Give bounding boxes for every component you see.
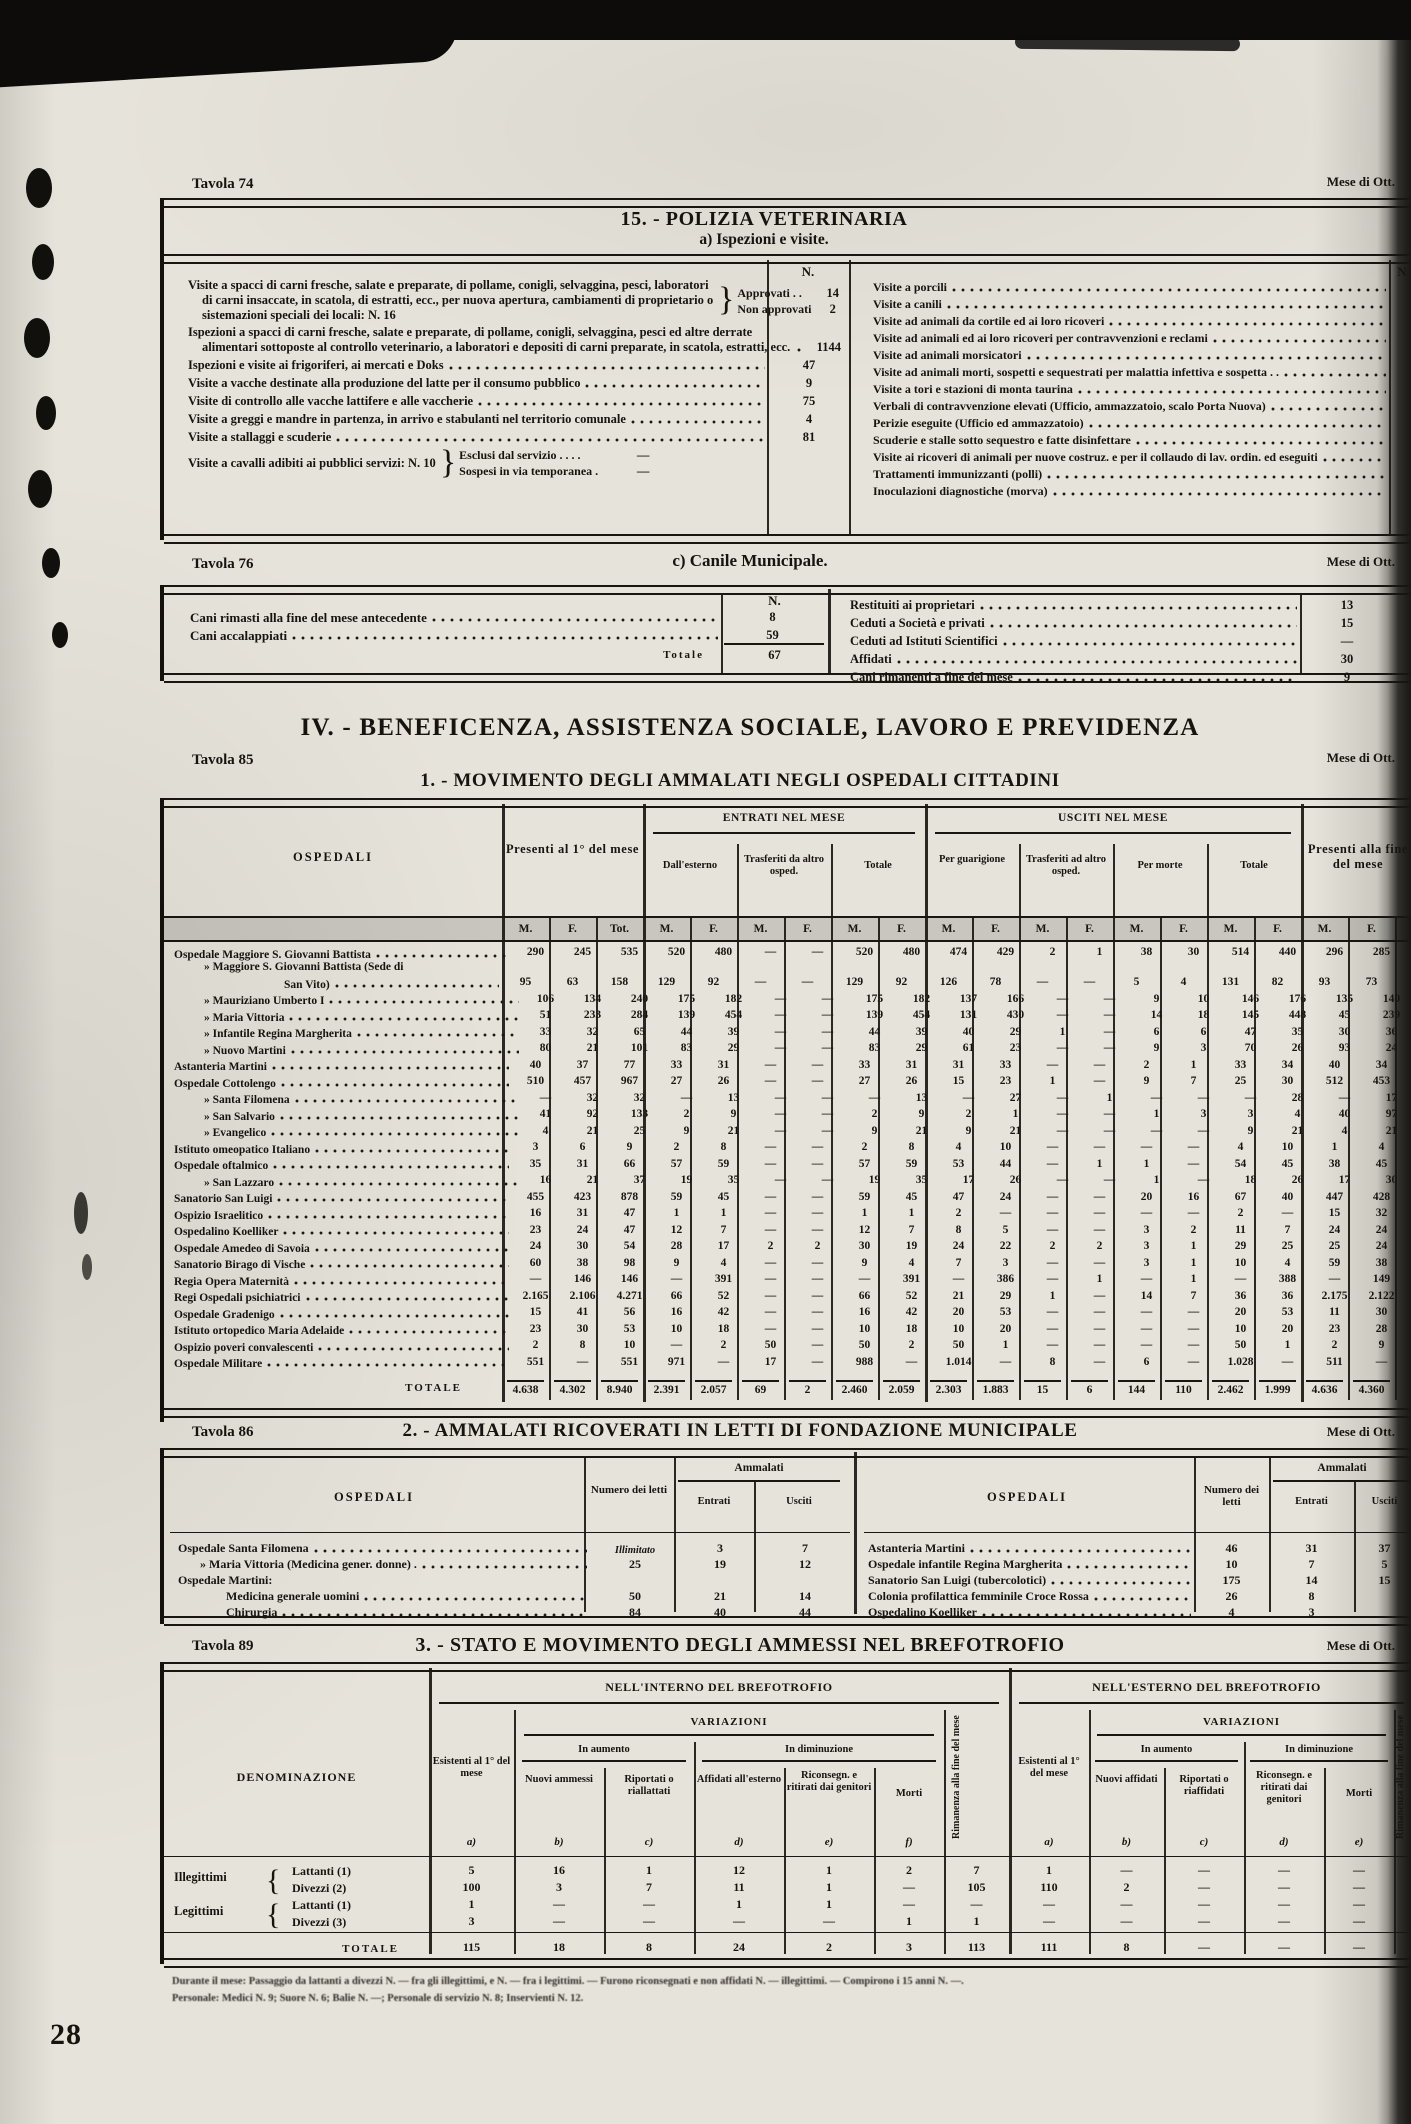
rule (170, 1532, 850, 1533)
value-cell: 2 (935, 1205, 982, 1222)
value-cell: 1 (429, 1896, 514, 1913)
value-cell: 1 (1123, 1156, 1170, 1173)
list-item: Scuderie e stalle sotto sequestro e fatt… (861, 433, 1389, 448)
value-cell: 296 (1311, 944, 1358, 961)
value-cell: 19 (888, 1238, 935, 1255)
value-cell: — (1039, 1090, 1086, 1107)
value-cell: — (747, 1057, 794, 1074)
value-cell: 11 (694, 1879, 784, 1896)
item-label: Ispezioni a spacci di carni fresche, sal… (176, 325, 792, 355)
totale-value: 2.462 (1212, 1380, 1249, 1396)
value-cell: 6 (559, 1139, 606, 1156)
value-cell: 12 (760, 1557, 850, 1572)
mf-subheader: M. (925, 923, 972, 935)
mf-subheader: M. (1301, 923, 1348, 935)
value-cell: 15 (1311, 1205, 1358, 1222)
value-cell: 8 (559, 1337, 606, 1354)
value-cell: — (757, 1172, 804, 1189)
totale-value-cell: 6 (1066, 1380, 1113, 1396)
row-name-cell: » Maria Vittoria (Medicina gener. donne)… (170, 1557, 590, 1572)
item-values: 1144 (808, 339, 850, 355)
value-cell: 455 (512, 1189, 559, 1206)
value-cell: 41 (559, 1304, 606, 1321)
column-letter: b) (1089, 1836, 1164, 1848)
value-cell: — (522, 1090, 569, 1107)
value-cell: 233 (569, 1007, 616, 1024)
value-cell: — (804, 1007, 851, 1024)
rule (164, 198, 1411, 208)
mf-subheader: F. (878, 923, 925, 935)
value-cell: 66 (653, 1288, 700, 1305)
value-cell: 1.014 (935, 1354, 982, 1371)
dotted-leader (1282, 366, 1386, 379)
row-name-text: Ospizio Israelitico (174, 1210, 263, 1222)
value-cell: 7 (1264, 1222, 1311, 1239)
value-cell: 1 (1311, 1139, 1358, 1156)
ospedali-col-header: OSPEDALI (860, 1490, 1194, 1505)
value-cell: — (737, 974, 784, 991)
totale-value: 1.883 (977, 1380, 1014, 1396)
value-cell: 474 (935, 944, 982, 961)
row-name-text: Regia Opera Maternità (174, 1276, 289, 1288)
scan-right-edge (1377, 0, 1411, 2124)
ink-blob (82, 1254, 92, 1280)
value-cell: 83 (663, 1040, 710, 1057)
value-cell: 2 (700, 1337, 747, 1354)
list-item: Restituiti ai proprietari13 (838, 597, 1394, 613)
value-cell: 1 (1264, 1337, 1311, 1354)
value-cell: 6 (1180, 1024, 1227, 1041)
row-name-line: San Vito) (164, 976, 502, 991)
value-cell: — (1076, 1321, 1123, 1338)
table-row: » San Salvario419213329——2921——13344097 (164, 1106, 1411, 1123)
diminuzione-header: In diminuzione (694, 1744, 944, 1756)
dotted-leader (1065, 1558, 1191, 1571)
value-cell: — (653, 1271, 700, 1288)
list-item: Perizie eseguite (Ufficio ed ammazzatoio… (861, 416, 1389, 431)
row-name-cell: Ospedale Amedeo di Savoia (164, 1241, 512, 1255)
dotted-leader (1076, 383, 1386, 396)
half-divider (854, 1452, 857, 1614)
value-cell: 20 (982, 1321, 1029, 1338)
row-name-text: Sanatorio San Luigi (tubercolotici) (868, 1573, 1046, 1588)
value-cell: — (1164, 1896, 1244, 1913)
value-cell: 511 (1311, 1354, 1358, 1371)
row-name-text: Sanatorio San Luigi (174, 1193, 272, 1205)
value-cell: 31 (559, 1156, 606, 1173)
value-cell: 83 (851, 1040, 898, 1057)
value-cell: — (1029, 1321, 1076, 1338)
value-cell: 20 (1217, 1304, 1264, 1321)
value-cell: 93 (1301, 974, 1348, 991)
value-cell: 1 (982, 1337, 1029, 1354)
value-cell: 47 (935, 1189, 982, 1206)
item-value: 47 (803, 357, 816, 373)
dotted-leader (447, 359, 765, 372)
list-item: Visite a vacche destinate alla produzion… (176, 375, 850, 391)
ospedali-table: OSPEDALI Presenti al 1° del mese ENTRATI… (160, 798, 1411, 1422)
value-cell: — (1180, 1123, 1227, 1140)
value-cell: 9 (1133, 991, 1180, 1008)
value-cell: 1 (1009, 1862, 1089, 1879)
value-cell: — (804, 1172, 851, 1189)
item-label: Visite a stallaggi e scuderie (176, 430, 331, 445)
value-cell: — (1076, 1073, 1123, 1090)
ink-blob (74, 1192, 88, 1234)
value-cell: 70 (1227, 1040, 1274, 1057)
value-cell: 3 (1227, 1106, 1274, 1123)
table-row: Ospedale Maggiore S. Giovanni Battista29… (164, 944, 1411, 961)
value-cell: 21 (935, 1288, 982, 1305)
row-name-text: » San Salvario (204, 1111, 275, 1123)
entrati-header: ENTRATI NEL MESE (643, 812, 925, 824)
row-name-text: Istituto omeopatico Italiano (174, 1144, 310, 1156)
fondazione-title: 2. - AMMALATI RICOVERATI IN LETTI DI FON… (260, 1420, 1220, 1442)
rule (1019, 1702, 1404, 1704)
nuovi-ammessi-header: Nuovi ammessi (516, 1774, 602, 1786)
value-cell: 40 (512, 1057, 559, 1074)
value-cell: 448 (1274, 1007, 1321, 1024)
value-cell: — (757, 1024, 804, 1041)
row-name-text: Ospedale Militare (174, 1358, 262, 1370)
brace-line: Sospesi in via temporanea . (459, 463, 598, 479)
morte-header: Per morte (1115, 860, 1205, 872)
value-cell: — (757, 1106, 804, 1123)
value-cell: 24 (1311, 1222, 1358, 1239)
value-cell: 59 (700, 1156, 747, 1173)
value-cell: 2 (1029, 1238, 1076, 1255)
value-cell: — (747, 1222, 794, 1239)
value-cell: 53 (982, 1304, 1029, 1321)
item-label: Verbali di contravvenzione elevati (Uffi… (861, 399, 1266, 414)
dotted-leader (266, 1208, 509, 1221)
value-cell: 4 (935, 1139, 982, 1156)
item-label: Visite a tori e stazioni di monta taurin… (861, 382, 1073, 397)
row-name-cell: Colonia profilattica femminile Croce Ros… (860, 1589, 1194, 1604)
value-cell: 14 (1123, 1288, 1170, 1305)
dotted-leader (278, 1109, 519, 1122)
value-cell: 14 (1133, 1007, 1180, 1024)
value-cell: 3 (512, 1139, 559, 1156)
value-cell: 5 (1113, 974, 1160, 991)
value-cell: 8 (1269, 1589, 1354, 1604)
value-cell: 2 (1123, 1057, 1170, 1074)
value-cell: — (1076, 1354, 1123, 1371)
value-cell: 551 (512, 1354, 559, 1371)
item-values: 4 (768, 411, 850, 427)
item-label: Visite a canili (861, 297, 942, 312)
item-label: Visite ad animali da cortile ed ai loro … (861, 314, 1104, 329)
value-cell: 7 (944, 1862, 1009, 1879)
group-divider (1301, 804, 1304, 1402)
value-cell: 44 (663, 1024, 710, 1041)
value-cell: 14 (1269, 1573, 1354, 1588)
totale-value-cell: — (1164, 1940, 1244, 1955)
ospedali-col-header: OSPEDALI (164, 850, 502, 865)
value-cell: 5 (982, 1222, 1029, 1239)
value-cell: 30 (559, 1238, 606, 1255)
table-row: Regi Ospedali psichiatrici2.1652.1064.27… (164, 1288, 1411, 1305)
row-name-text: » Maria Vittoria (Medicina gener. donne)… (200, 1557, 417, 1572)
value-cell: 1.028 (1217, 1354, 1264, 1371)
list-item: Cani rimasti alla fine del mese antecede… (178, 609, 824, 625)
ospedali-totale-row: TOTALE4.6384.3028.9402.3912.0576922.4602… (164, 1376, 1411, 1400)
dotted-leader (950, 281, 1386, 294)
dotted-leader (293, 1092, 519, 1105)
value-cell: 59 (653, 1189, 700, 1206)
item-value: 1144 (817, 339, 841, 355)
value-cell: — (794, 1139, 841, 1156)
totale-value: 69 (742, 1380, 779, 1396)
value-cell: 50 (841, 1337, 888, 1354)
mf-subheader: F. (1254, 923, 1301, 935)
value-cell: 520 (841, 944, 888, 961)
entrati-header: Entrati (1269, 1496, 1354, 1508)
value-cell: 4.271 (606, 1288, 653, 1305)
mf-subheader: F. (690, 923, 737, 935)
guarigione-header: Per guarigione (927, 854, 1017, 866)
list-item: Visite a canili (861, 297, 1389, 312)
row-name-cell: Ospedale Santa Filomena (170, 1541, 590, 1556)
nuovi-affidati-header: Nuovi affidati (1091, 1774, 1162, 1786)
value-cell: — (1029, 1057, 1076, 1074)
presenti-header: Presenti al 1° del mese (502, 842, 643, 857)
value-cell: — (1180, 1090, 1227, 1107)
value-cell: 1 (1076, 1271, 1123, 1288)
value-cell: — (1076, 1139, 1123, 1156)
value-cell: 29 (898, 1040, 945, 1057)
value-cell: 3 (680, 1541, 760, 1556)
column-letter (944, 1836, 1009, 1848)
value-cell: — (1009, 1913, 1089, 1930)
value-cell: — (694, 1913, 784, 1930)
row-name-cell: Ospedalino Koelliker (164, 1224, 512, 1238)
value-cell: 24 (935, 1238, 982, 1255)
value-cell: 129 (643, 974, 690, 991)
value-cell: 16 (514, 1862, 604, 1879)
value-cell: — (747, 1271, 794, 1288)
totale-row: TOTALE11518824231131118——— (164, 1937, 1411, 1955)
value-cell: 78 (972, 974, 1019, 991)
dotted-leader (1269, 400, 1386, 413)
table-row: Astanteria Martini4037773331——33313133——… (164, 1057, 1411, 1074)
row-name-cell: » Evangelico (164, 1125, 522, 1139)
value-cell: 1 (1170, 1271, 1217, 1288)
value-cell: 7 (700, 1222, 747, 1239)
rule (164, 534, 1411, 544)
totale-value: 2.460 (836, 1380, 873, 1396)
item-label: Visite a greggi e mandre in partenza, in… (176, 412, 626, 427)
value-cell: 45 (1264, 1156, 1311, 1173)
tavola-85-label: Tavola 85 (192, 752, 254, 769)
list-item: Visite ad animali morti, sospetti e sequ… (861, 365, 1389, 380)
totale-value: 4.636 (1306, 1380, 1343, 1396)
value-cell: — (804, 1106, 851, 1123)
value-cell: — (757, 1007, 804, 1024)
value-cell: 11 (1217, 1222, 1264, 1239)
value-cell: 34 (1264, 1057, 1311, 1074)
value-cell: 3 (1180, 1040, 1227, 1057)
value-cell: 31 (559, 1205, 606, 1222)
value-cell: 95 (502, 974, 549, 991)
row-name-cell: Ospedale infantile Regina Margherita (860, 1557, 1194, 1572)
value-cell: 33 (841, 1057, 888, 1074)
value-cell: — (1029, 1189, 1076, 1206)
ink-blob (26, 168, 52, 208)
row-name-text: Ospizio poveri convalescenti (174, 1342, 313, 1354)
value-cell: — (747, 1321, 794, 1338)
veterinaria-table: 15. - POLIZIA VETERINARIA a) Ispezioni e… (160, 198, 1411, 540)
dotted-leader (945, 298, 1386, 311)
sub-divider (1113, 844, 1115, 1400)
value-cell: 16 (1170, 1189, 1217, 1206)
value-cell: 18 (888, 1321, 935, 1338)
value-cell: 8 (888, 1139, 935, 1156)
value-cell: 158 (596, 974, 643, 991)
totale-value-cell: 115 (429, 1940, 514, 1955)
value-cell: — (1039, 1172, 1086, 1189)
item-value: 15 (1341, 615, 1354, 631)
scan-ink-smudge (1015, 35, 1240, 51)
value-cell: 29 (982, 1288, 1029, 1305)
value-cell: 1 (1029, 1288, 1076, 1305)
item-label: Visite ai ricoveri di animali per nuove … (861, 450, 1318, 465)
value-cell: — (747, 1156, 794, 1173)
value-cell: 4 (1217, 1139, 1264, 1156)
column-divider (1164, 1768, 1166, 1954)
value-cell: 967 (606, 1073, 653, 1090)
row-name-text: Astanteria Martini (174, 1061, 267, 1073)
value-cell: 1 (1076, 1156, 1123, 1173)
rule (164, 673, 1411, 683)
value-cell: 30 (1170, 944, 1217, 961)
value-cell: — (1029, 1337, 1076, 1354)
list-item: Visite a greggi e mandre in partenza, in… (176, 411, 850, 427)
value-cell: 126 (925, 974, 972, 991)
brefotrofio-totale-row: TOTALE11518824231131118——— (164, 1937, 1411, 1955)
value-cell: 423 (559, 1189, 606, 1206)
value-cell: 535 (606, 944, 653, 961)
dotted-leader (316, 1340, 509, 1353)
value-cell: — (794, 1354, 841, 1371)
value-cell: 2 (663, 1106, 710, 1123)
value-cell: — (1009, 1896, 1089, 1913)
value-cell: — (794, 1255, 841, 1272)
dotted-leader (1051, 485, 1386, 498)
dotted-leader (795, 341, 805, 354)
item-label: Visite a cavalli adibiti ai pubblici ser… (176, 456, 436, 471)
value-cell: 30 (1264, 1073, 1311, 1090)
value-cell: 3 (1180, 1106, 1227, 1123)
rule (702, 1760, 936, 1762)
row-name-text: Sanatorio Birago di Vische (174, 1259, 305, 1271)
value-cell: 18 (1180, 1007, 1227, 1024)
ospedali-rows: Ospedale Maggiore S. Giovanni Battista29… (164, 944, 1411, 1370)
table-row: Ospedale oftalmico3531665759——57595344—1… (164, 1156, 1411, 1173)
list-item: Cani accalappiati59 (178, 627, 824, 643)
value-cell: 134 (569, 991, 616, 1008)
dotted-leader (1092, 1590, 1191, 1603)
dotted-leader (287, 1010, 519, 1023)
value-cell: — (794, 1073, 841, 1090)
rule (1095, 1760, 1238, 1762)
totale-value-cell: 2.057 (690, 1380, 737, 1396)
value-cell: 92 (569, 1106, 616, 1123)
rimanenza-header: Rimanenza alla fine del mese (952, 1714, 1002, 1840)
item-values: 75 (768, 393, 850, 409)
value-cell: 12 (653, 1222, 700, 1239)
totale-value-cell: — (1244, 1940, 1324, 1955)
value-cell: 146 (1227, 991, 1274, 1008)
entrati-header: Entrati (674, 1496, 754, 1508)
value-cell: 2 (1029, 944, 1076, 961)
half-divider (828, 589, 831, 675)
value-cell: 878 (606, 1189, 653, 1206)
value-cell: 3 (1123, 1238, 1170, 1255)
value-cell: 10 (982, 1139, 1029, 1156)
value-cell: 240 (616, 991, 663, 1008)
value-cell: 52 (700, 1288, 747, 1305)
value-cell: 27 (992, 1090, 1039, 1107)
value-cell: — (1089, 1862, 1164, 1879)
value-cell: 1 (604, 1862, 694, 1879)
brefotrofio-rows: Lattanti (1)5161121271————Divezzi (2)100… (164, 1862, 1411, 1930)
value-cell: 514 (1217, 944, 1264, 961)
row-group-label: Legittimi (174, 1904, 223, 1919)
item-label: Trattamenti immunizzanti (polli) (861, 467, 1042, 482)
value-cell: 4 (1321, 1123, 1368, 1140)
value-cell: 36 (1264, 1288, 1311, 1305)
item-values: 81 (768, 429, 850, 445)
group-divider (429, 1668, 432, 1954)
value-cell: 35 (898, 1172, 945, 1189)
value-cell: 17 (700, 1238, 747, 1255)
table-row: Ospedale Martini: (170, 1572, 850, 1588)
totale-value: 2.059 (883, 1380, 920, 1396)
mf-subheader: M. (737, 923, 784, 935)
totale-value-cell: 110 (1160, 1380, 1207, 1396)
value-cell: 12 (694, 1862, 784, 1879)
table-row: » Maggiore S. Giovanni Battista (Sede di… (164, 961, 1411, 991)
value-cell: 47 (606, 1222, 653, 1239)
mf-subheader: M. (1113, 923, 1160, 935)
rule (864, 1532, 1411, 1533)
usciti-header: Usciti (754, 1496, 844, 1508)
value-cell: 50 (590, 1589, 680, 1604)
canile-totale-label: Totale (464, 649, 704, 661)
dotted-leader (304, 1290, 510, 1303)
variazioni-esterno-header: VARIAZIONI (1089, 1716, 1394, 1728)
value-cell: 40 (1311, 1057, 1358, 1074)
row-name-text: Astanteria Martini (868, 1541, 965, 1556)
value-cell: 20 (935, 1304, 982, 1321)
row-name-text: San Vito) (284, 979, 330, 991)
value-cell: — (1164, 1913, 1244, 1930)
affidati-header: Affidati all'esterno (696, 1774, 782, 1786)
row-name-cell: » Santa Filomena (164, 1092, 522, 1106)
value-cell: — (700, 1354, 747, 1371)
rule (164, 1932, 1411, 1933)
value-cell: — (944, 1896, 1009, 1913)
dotted-leader (290, 629, 718, 642)
mf-subheader: M. (1019, 923, 1066, 935)
column-divider (874, 1768, 876, 1954)
mf-subheader: M. (502, 923, 549, 935)
value-cell: 35 (710, 1172, 757, 1189)
value-cell: 26 (1194, 1589, 1269, 1604)
item-value: 13 (1341, 597, 1354, 613)
value-cell: 26 (888, 1073, 935, 1090)
